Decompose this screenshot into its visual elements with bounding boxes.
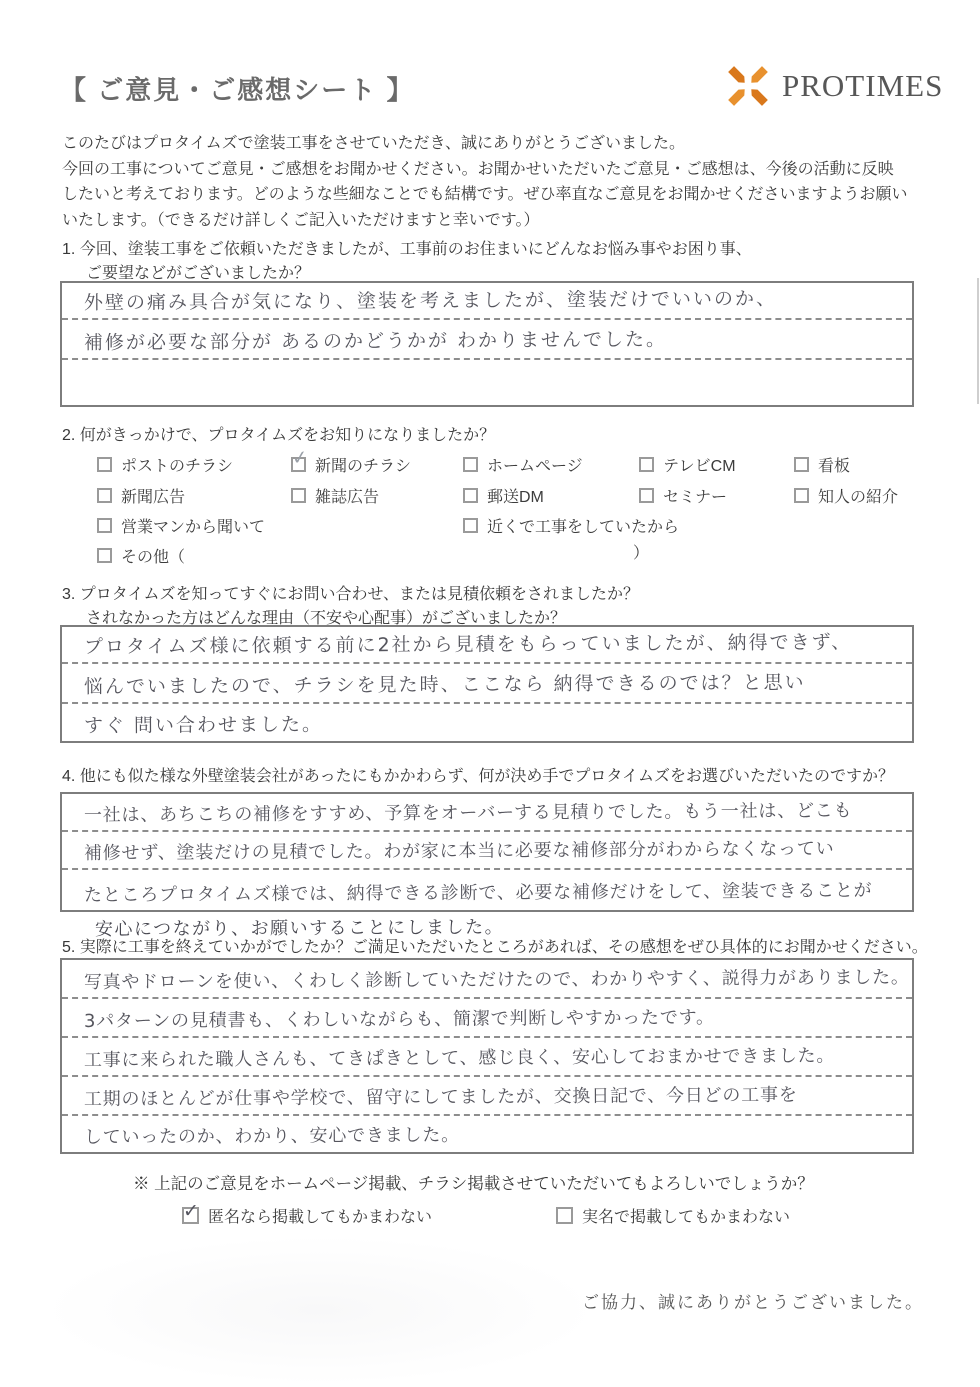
answer-box-1: 外壁の痛み具合が気になり、塗装を考えましたが、塗装だけでいいのか、 補修が必要な… xyxy=(60,281,914,407)
answer-row: 写真やドローンを使い、くわしく診断していただけたので、わかりやすく、説得力があり… xyxy=(62,960,912,999)
option-referral: ✓ 知人の紹介 xyxy=(794,484,898,507)
answer-row: 工事に来られた職人さんも、てきぱきとして、感じ良く、安心しておまかせできました。 xyxy=(62,1038,912,1077)
answer-row: していったのか、わかり、安心できました。 xyxy=(62,1116,912,1152)
checkbox[interactable]: ✓ xyxy=(291,457,306,472)
answer-row: 補修が必要な部分が あるのかどうかが わかりませんでした。 xyxy=(62,320,912,360)
answer-box-3: プロタイムズ様に依頼する前に2社から見積をもらっていましたが、納得できず、 悩ん… xyxy=(60,625,914,743)
publication-consent-note: ※ 上記のご意見をホームページ掲載、チラシ掲載させていただいてもよろしいでしょう… xyxy=(133,1170,814,1194)
checkbox[interactable]: ✓ xyxy=(463,518,478,533)
protimes-pinwheel-icon xyxy=(722,58,774,114)
answer-row: 外壁の痛み具合が気になり、塗装を考えましたが、塗装だけでいいのか、 xyxy=(62,283,912,320)
check-icon: ✓ xyxy=(183,1202,199,1221)
answer-row-empty xyxy=(62,360,912,403)
question-3: 3. プロタイムズを知ってすぐにお問い合わせ、または見積依頼をされましたか？ さ… xyxy=(62,583,942,631)
question-4: 4. 他にも似た様な外壁塗装会社があったにもかかわらず、何が決め手でプロタイムズ… xyxy=(62,765,942,789)
checkbox[interactable]: ✓ xyxy=(182,1207,199,1224)
intro-line: 今回の工事についてご意見・ご感想をお聞かせください。お聞かせいただいたご意見・ご… xyxy=(62,157,942,183)
checkbox[interactable]: ✓ xyxy=(556,1207,573,1224)
option-seminar: ✓ セミナー xyxy=(639,484,727,507)
brand-logo: PROTIMES xyxy=(722,58,943,114)
handwritten-answer: 一社は、あちこちの補修をすすめ、予算をオーバーする見積りでした。もう一社は、どこ… xyxy=(84,796,853,827)
checkbox[interactable]: ✓ xyxy=(794,488,809,503)
question-2: 2. 何がきっかけで、プロタイムズをお知りになりましたか？ xyxy=(62,424,942,448)
checkbox[interactable]: ✓ xyxy=(97,488,112,503)
answer-row: 補修せず、塗装だけの見積でした。わが家に本当に必要な補修部分がわからなくなってい xyxy=(62,832,912,870)
question-5-text: 5. 実際に工事を終えていかがでしたか？ご満足いただいたところがあれば、その感想… xyxy=(62,936,942,960)
answer-row: たところプロタイムズ様では、納得できる診断で、必要な補修だけをして、塗装できるこ… xyxy=(62,870,912,910)
answer-box-5: 写真やドローンを使い、くわしく診断していただけたので、わかりやすく、説得力があり… xyxy=(60,958,914,1154)
check-icon: ✓ xyxy=(291,448,309,469)
handwritten-answer: 写真やドローンを使い、くわしく診断していただけたので、わかりやすく、説得力があり… xyxy=(84,963,910,994)
option-magazine-ad: ✓ 雑誌広告 xyxy=(291,484,379,507)
option-tv-cm: ✓ テレビCM xyxy=(639,453,736,476)
brand-name: PROTIMES xyxy=(782,68,943,104)
checkbox[interactable]: ✓ xyxy=(97,518,112,533)
feedback-sheet: 【 ご意見・ご感想シート 】 PROTIMES このたびはプロタイムズで塗装工事… xyxy=(0,0,980,1387)
handwritten-answer: していったのか、わかり、安心できました。 xyxy=(84,1121,460,1149)
question-5: 5. 実際に工事を終えていかがでしたか？ご満足いただいたところがあれば、その感想… xyxy=(62,936,942,960)
question-1: 1. 今回、塗装工事をご依頼いただきましたが、工事前のお住まいにどんなお悩み事や… xyxy=(62,238,942,286)
handwritten-answer: プロタイムズ様に依頼する前に2社から見積をもらっていましたが、納得できず、 xyxy=(84,627,852,659)
intro-line: このたびはプロタイムズで塗装工事をさせていただき、誠にありがとうございました。 xyxy=(62,131,942,157)
checkbox[interactable]: ✓ xyxy=(463,457,478,472)
scan-artifact-line xyxy=(977,278,979,404)
question-1-text: 1. 今回、塗装工事をご依頼いただきましたが、工事前のお住まいにどんなお悩み事や… xyxy=(62,238,942,262)
intro-paragraph: このたびはプロタイムズで塗装工事をさせていただき、誠にありがとうございました。 … xyxy=(62,131,942,233)
option-newspaper-flyer: ✓ 新聞のチラシ xyxy=(291,453,411,476)
checkbox[interactable]: ✓ xyxy=(794,457,809,472)
handwritten-answer: 工事に来られた職人さんも、てきぱきとして、感じ良く、安心しておまかせできました。 xyxy=(84,1041,835,1072)
handwritten-answer: たところプロタイムズ様では、納得できる診断で、必要な補修だけをして、塗装できるこ… xyxy=(84,876,873,907)
handwritten-answer: 工期のほとんどが仕事や学校で、留守にしてましたが、交換日記で、今日どの工事を xyxy=(84,1081,798,1111)
option-post-flyer: ✓ ポストのチラシ xyxy=(97,453,233,476)
thank-you-message: ご協力、誠にありがとうございました。 xyxy=(582,1288,924,1313)
option-other: ✓ その他（ xyxy=(97,544,185,567)
answer-row: 悩んでいましたので、チラシを見た時、ここなら 納得できるのでは？と思い xyxy=(62,664,912,704)
option-anonymous-ok: ✓ 匿名なら掲載してもかまわない xyxy=(182,1204,432,1227)
handwritten-answer: 補修が必要な部分が あるのかどうかが わかりませんでした。 xyxy=(84,324,667,355)
intro-line: したいと考えております。どのような些細なことでも結構です。ぜひ率直なご意見をお聞… xyxy=(62,182,942,208)
answer-row: 工期のほとんどが仕事や学校で、留守にしてましたが、交換日記で、今日どの工事を xyxy=(62,1077,912,1116)
handwritten-answer: 補修せず、塗装だけの見積でした。わが家に本当に必要な補修部分がわからなくなってい xyxy=(84,834,835,865)
checkbox[interactable]: ✓ xyxy=(97,457,112,472)
handwritten-answer: 悩んでいましたので、チラシを見た時、ここなら 納得できるのでは？と思い xyxy=(84,668,806,699)
answer-row: すぐ 問い合わせました。 xyxy=(62,704,912,741)
option-direct-mail: ✓ 郵送DM xyxy=(463,484,544,507)
other-close-paren: ） xyxy=(633,540,649,563)
option-signboard: ✓ 看板 xyxy=(794,453,850,476)
question-2-text: 2. 何がきっかけで、プロタイムズをお知りになりましたか？ xyxy=(62,424,942,448)
answer-row: 3パターンの見積書も、くわしいながらも、簡潔で判断しやすかったです。 xyxy=(62,999,912,1038)
answer-row: 一社は、あちこちの補修をすすめ、予算をオーバーする見積りでした。もう一社は、どこ… xyxy=(62,794,912,832)
option-homepage: ✓ ホームページ xyxy=(463,453,583,476)
option-newspaper-ad: ✓ 新聞広告 xyxy=(97,484,185,507)
option-nearby-construction: ✓ 近くで工事をしていたから xyxy=(463,514,679,537)
page-title: 【 ご意見・ご感想シート 】 xyxy=(60,70,414,107)
handwritten-answer: 3パターンの見積書も、くわしいながらも、簡潔で判断しやすかったです。 xyxy=(84,1003,715,1033)
option-realname-ok: ✓ 実名で掲載してもかまわない xyxy=(556,1204,790,1227)
checkbox[interactable]: ✓ xyxy=(291,488,306,503)
answer-row: プロタイムズ様に依頼する前に2社から見積をもらっていましたが、納得できず、 xyxy=(62,627,912,664)
checkbox[interactable]: ✓ xyxy=(97,548,112,563)
checkbox[interactable]: ✓ xyxy=(639,488,654,503)
option-salesman: ✓ 営業マンから聞いて xyxy=(97,514,265,537)
question-4-text: 4. 他にも似た様な外壁塗装会社があったにもかかわらず、何が決め手でプロタイムズ… xyxy=(62,765,942,789)
checkbox[interactable]: ✓ xyxy=(463,488,478,503)
answer-box-4: 一社は、あちこちの補修をすすめ、予算をオーバーする見積りでした。もう一社は、どこ… xyxy=(60,792,914,912)
handwritten-answer: すぐ 問い合わせました。 xyxy=(84,710,323,738)
scan-shadow-artifact xyxy=(40,1235,600,1385)
handwritten-answer: 外壁の痛み具合が気になり、塗装を考えましたが、塗装だけでいいのか、 xyxy=(84,284,777,315)
question-3-text: 3. プロタイムズを知ってすぐにお問い合わせ、または見積依頼をされましたか？ xyxy=(62,583,942,607)
checkbox[interactable]: ✓ xyxy=(639,457,654,472)
intro-line: いたします。（できるだけ詳しくご記入いただけますと幸いです。） xyxy=(62,208,942,234)
